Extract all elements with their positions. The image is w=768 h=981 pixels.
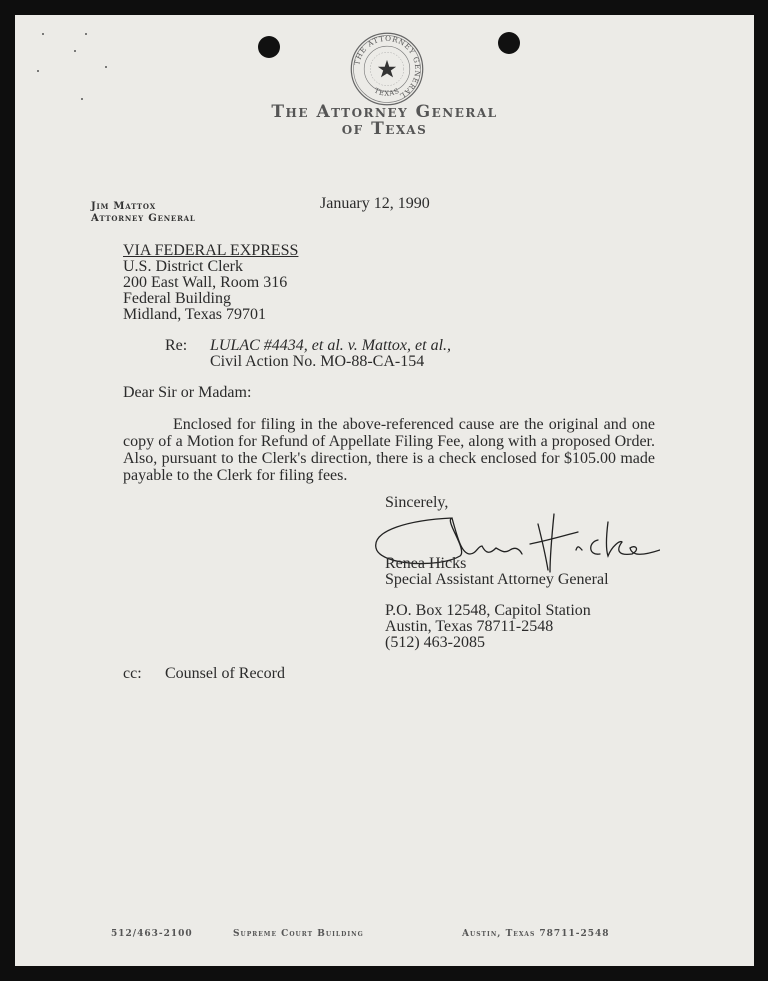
footer-phone: 512/463-2100 [111, 929, 193, 939]
signatory-address-line: Austin, Texas 78711-2548 [385, 619, 553, 635]
signatory-phone: (512) 463-2085 [385, 635, 485, 651]
signatory-name: Renea Hicks [385, 556, 466, 572]
delivery-method: VIA FEDERAL EXPRESS [123, 243, 298, 259]
body-paragraph: Enclosed for filing in the above-referen… [123, 416, 655, 484]
footer-building: Supreme Court Building [233, 929, 364, 939]
closing: Sincerely, [385, 495, 448, 511]
sender-title: Attorney General [91, 213, 196, 224]
recipient-line: U.S. District Clerk [123, 259, 243, 275]
cc-value: Counsel of Record [165, 666, 285, 682]
sender-name: Jim Mattox [91, 201, 156, 212]
re-label: Re: [165, 338, 187, 354]
recipient-line: Midland, Texas 79701 [123, 307, 266, 323]
signatory-title: Special Assistant Attorney General [385, 572, 609, 588]
speck [42, 33, 44, 35]
attorney-general-seal-icon: THE ATTORNEY GENERAL TEXAS [349, 31, 425, 107]
letterhead-subtitle: of Texas [15, 119, 754, 139]
signatory-address-line: P.O. Box 12548, Capitol Station [385, 603, 591, 619]
speck [105, 66, 107, 68]
star-icon [378, 60, 396, 77]
speck [81, 98, 83, 100]
punch-hole-right [498, 32, 520, 54]
body-paragraph-text: Enclosed for filing in the above-referen… [123, 416, 655, 484]
letter-page: THE ATTORNEY GENERAL TEXAS The Attorney … [15, 15, 754, 966]
civil-action-number: Civil Action No. MO-88-CA-154 [210, 354, 424, 370]
speck [85, 33, 87, 35]
case-name: LULAC #4434, et al. v. Mattox, et al., [210, 338, 451, 354]
letter-date: January 12, 1990 [320, 196, 430, 212]
recipient-line: Federal Building [123, 291, 231, 307]
footer-city: Austin, Texas 78711-2548 [462, 929, 610, 939]
svg-text:TEXAS: TEXAS [373, 87, 401, 98]
speck [74, 50, 76, 52]
recipient-line: 200 East Wall, Room 316 [123, 275, 287, 291]
salutation: Dear Sir or Madam: [123, 385, 251, 401]
speck [37, 70, 39, 72]
punch-hole-left [258, 36, 280, 58]
cc-label: cc: [123, 666, 142, 682]
